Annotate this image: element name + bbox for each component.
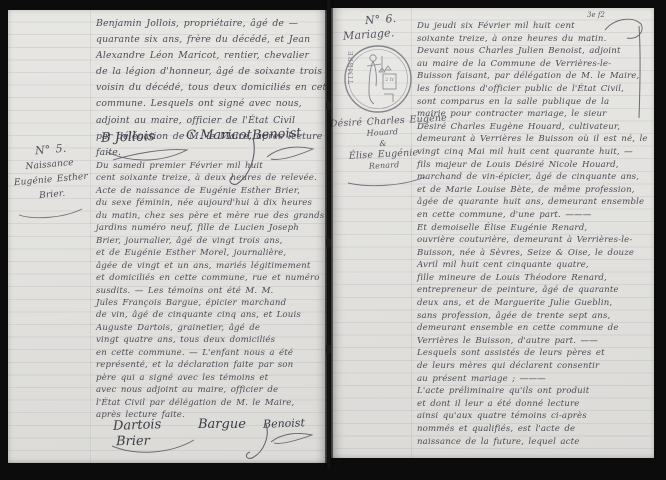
act6-margin-number: N° 6.	[365, 12, 397, 27]
manuscript-line: ainsi qu'aux quatre témoins ci-après	[417, 410, 648, 423]
manuscript-line: du sexe féminin, née aujourd'hui à dix h…	[96, 197, 324, 209]
margin-note-flourish-icon	[16, 206, 86, 220]
manuscript-line: et dont il leur a été donné lecture	[417, 398, 648, 411]
manuscript-line: Buisson, née à Sèvres, Seize & Oise, le …	[417, 247, 648, 260]
manuscript-line: et domiciliés en cette commune, rue et n…	[96, 272, 324, 284]
manuscript-line: Du samedi premier Février mil huit	[96, 160, 324, 172]
manuscript-line: cent soixante treize, à deux heures de r…	[96, 172, 324, 184]
manuscript-line: en cette commune. — L'enfant nous a été	[96, 347, 324, 359]
manuscript-line: et de Marie Louise Bète, de même profess…	[417, 184, 648, 197]
signature-benoist-paraph2-icon	[268, 430, 316, 448]
manuscript-line: fille mineure de Louis Théodore Renard,	[417, 272, 648, 285]
binding-stitch	[326, 238, 331, 247]
manuscript-line: fils majeur de Louis Désiré Nicole Houar…	[417, 159, 648, 172]
manuscript-line: susdits. — Les témoins ont été M. M.	[96, 285, 324, 297]
manuscript-line: Brier, journalier, âgé de vingt trois an…	[96, 235, 324, 247]
svg-text:2 fr: 2 fr	[385, 77, 395, 83]
manuscript-line: de la légion d'honneur, âgé de soixante …	[96, 64, 327, 80]
manuscript-line: nommés et qualifiés, est l'acte de	[417, 423, 648, 436]
manuscript-line: soixante treize, à onze heures du matin.	[417, 33, 648, 46]
signature-maricot: C Maricot	[186, 128, 252, 143]
manuscript-line: Et demoiselle Élise Eugénie Renard,	[417, 222, 648, 235]
manuscript-line: au maire de la Commune de Verrières-le-	[417, 58, 648, 71]
manuscript-line: Acte de naissance de Eugénie Esther Brie…	[96, 185, 324, 197]
manuscript-line: vingt quatre ans, tous deux domiciliés	[96, 334, 324, 346]
right-page: 3e f2 N° 6. Mariage. TIMBRE 2 fr Désiré …	[331, 8, 654, 458]
signature-benoist-act5: Benoist	[263, 416, 305, 430]
manuscript-line: voisin du décédé, tous deux domiciliés e…	[96, 80, 327, 96]
binding-stitch	[326, 101, 331, 110]
manuscript-line: Benjamin Jollois, propriétaire, âgé de —	[96, 16, 327, 32]
manuscript-line: L'acte préliminaire qu'ils ont produit	[417, 385, 648, 398]
manuscript-line: naissance de la future, lequel acte	[417, 436, 648, 449]
manuscript-line: père qui a signé avec les témoins et	[96, 372, 324, 384]
manuscript-line: représenté, et la déclaration faite par …	[96, 359, 324, 371]
manuscript-line: de leurs mères qui déclarent consentir	[417, 360, 648, 373]
manuscript-line: entrepreneur de peinture, âgé de quarant…	[417, 284, 648, 297]
manuscript-line: deux ans, et de Marguerite Julie Gueblin…	[417, 297, 648, 310]
manuscript-line: de vin, âgé de cinquante cinq ans, et Lo…	[96, 309, 324, 321]
manuscript-line: âgée de vingt et un ans, mariés légitime…	[96, 260, 324, 272]
revenue-stamp-icon: TIMBRE 2 fr	[341, 42, 415, 116]
manuscript-line: Auguste Dartois, grainetier, âgé de	[96, 322, 324, 334]
manuscript-line: âgée de quarante huit ans, demeurant ens…	[417, 196, 648, 209]
margin-rule	[90, 10, 91, 463]
manuscript-line: l'État Civil par délégation de M. le Mai…	[96, 397, 324, 409]
signature-jollois: B Jollois	[101, 129, 155, 146]
signature-brier: Brier	[116, 434, 150, 450]
manuscript-line: demeurant à Verrières le Buisson où il e…	[417, 133, 648, 146]
signature-benoist-act4: Benoist	[252, 126, 302, 144]
manuscript-line: sont comparus en la salle publique de la	[417, 96, 648, 109]
manuscript-line: avec nous adjoint au maire, officier de	[96, 384, 324, 396]
act6-margin-title: Mariage.	[343, 26, 395, 43]
manuscript-line: les fonctions d'officier public de l'Éta…	[417, 83, 648, 96]
corner-annotation: 3e f2	[587, 11, 605, 19]
signature-dartois: Dartois	[113, 417, 162, 434]
manuscript-line: ouvrière couturière, demeurant à Verrièr…	[417, 234, 648, 247]
svg-text:TIMBRE: TIMBRE	[347, 50, 355, 84]
manuscript-line: Buisson faisant, par délégation de M. le…	[417, 70, 648, 83]
manuscript-line: Jules François Bargue, épicier marchand	[96, 297, 324, 309]
book-gutter	[325, 0, 333, 468]
left-page: N° 5. NaissanceEugénie EstherBrier. Benj…	[8, 10, 327, 463]
manuscript-line: sans profession, âgée de trente sept ans…	[417, 310, 648, 323]
act5-text: Du samedi premier Février mil huitcent s…	[96, 160, 324, 422]
manuscript-line: commune. Lesquels ont signé avec nous,	[96, 96, 327, 112]
manuscript-line: demeurant ensemble en cette commune de	[417, 322, 648, 335]
act5-margin-number: N° 5.	[34, 142, 66, 158]
manuscript-line: Lesquels sont assistés de leurs pères et	[417, 347, 648, 360]
manuscript-line: Verrières le Buisson, d'autre part. ——	[417, 335, 648, 348]
act5-margin-note: NaissanceEugénie EstherBrier.	[8, 155, 94, 207]
binding-stitch	[326, 345, 331, 354]
manuscript-line: au présent mariage ; ———	[417, 373, 648, 386]
manuscript-line: Du jeudi six Février mil huit cent	[417, 20, 648, 33]
manuscript-line: et de Eugénie Esther Morel, journalière,	[96, 247, 324, 259]
manuscript-line: Devant nous Charles Julien Benoist, adjo…	[417, 45, 648, 58]
manuscript-line: en cette commune, d'une part. ———	[417, 209, 648, 222]
act6-text: Du jeudi six Février mil huit centsoixan…	[417, 20, 648, 448]
signature-bargue: Bargue	[198, 417, 246, 432]
manuscript-line: vingt cinq Mai mil huit cent quarante hu…	[417, 146, 648, 159]
manuscript-line: Désiré Charles Eugène Houard, cultivateu…	[417, 121, 648, 134]
manuscript-line: quarante six ans, frère du décédé, et Je…	[96, 32, 327, 48]
manuscript-line: Alexandre Léon Maricot, rentier, chevali…	[96, 48, 327, 64]
manuscript-line: du matin, chez ses père et mère rue des …	[96, 210, 324, 222]
manuscript-line: mairie pour contracter mariage, le sieur	[417, 108, 648, 121]
register-scan: N° 5. NaissanceEugénie EstherBrier. Benj…	[0, 0, 666, 480]
manuscript-line: marchand de vin-épicier, âgé de cinquant…	[417, 171, 648, 184]
manuscript-line: Avril mil huit cent cinquante quatre,	[417, 259, 648, 272]
manuscript-line: faite.	[96, 145, 327, 161]
manuscript-line: jardins numéro neuf, fille de Lucien Jos…	[96, 222, 324, 234]
